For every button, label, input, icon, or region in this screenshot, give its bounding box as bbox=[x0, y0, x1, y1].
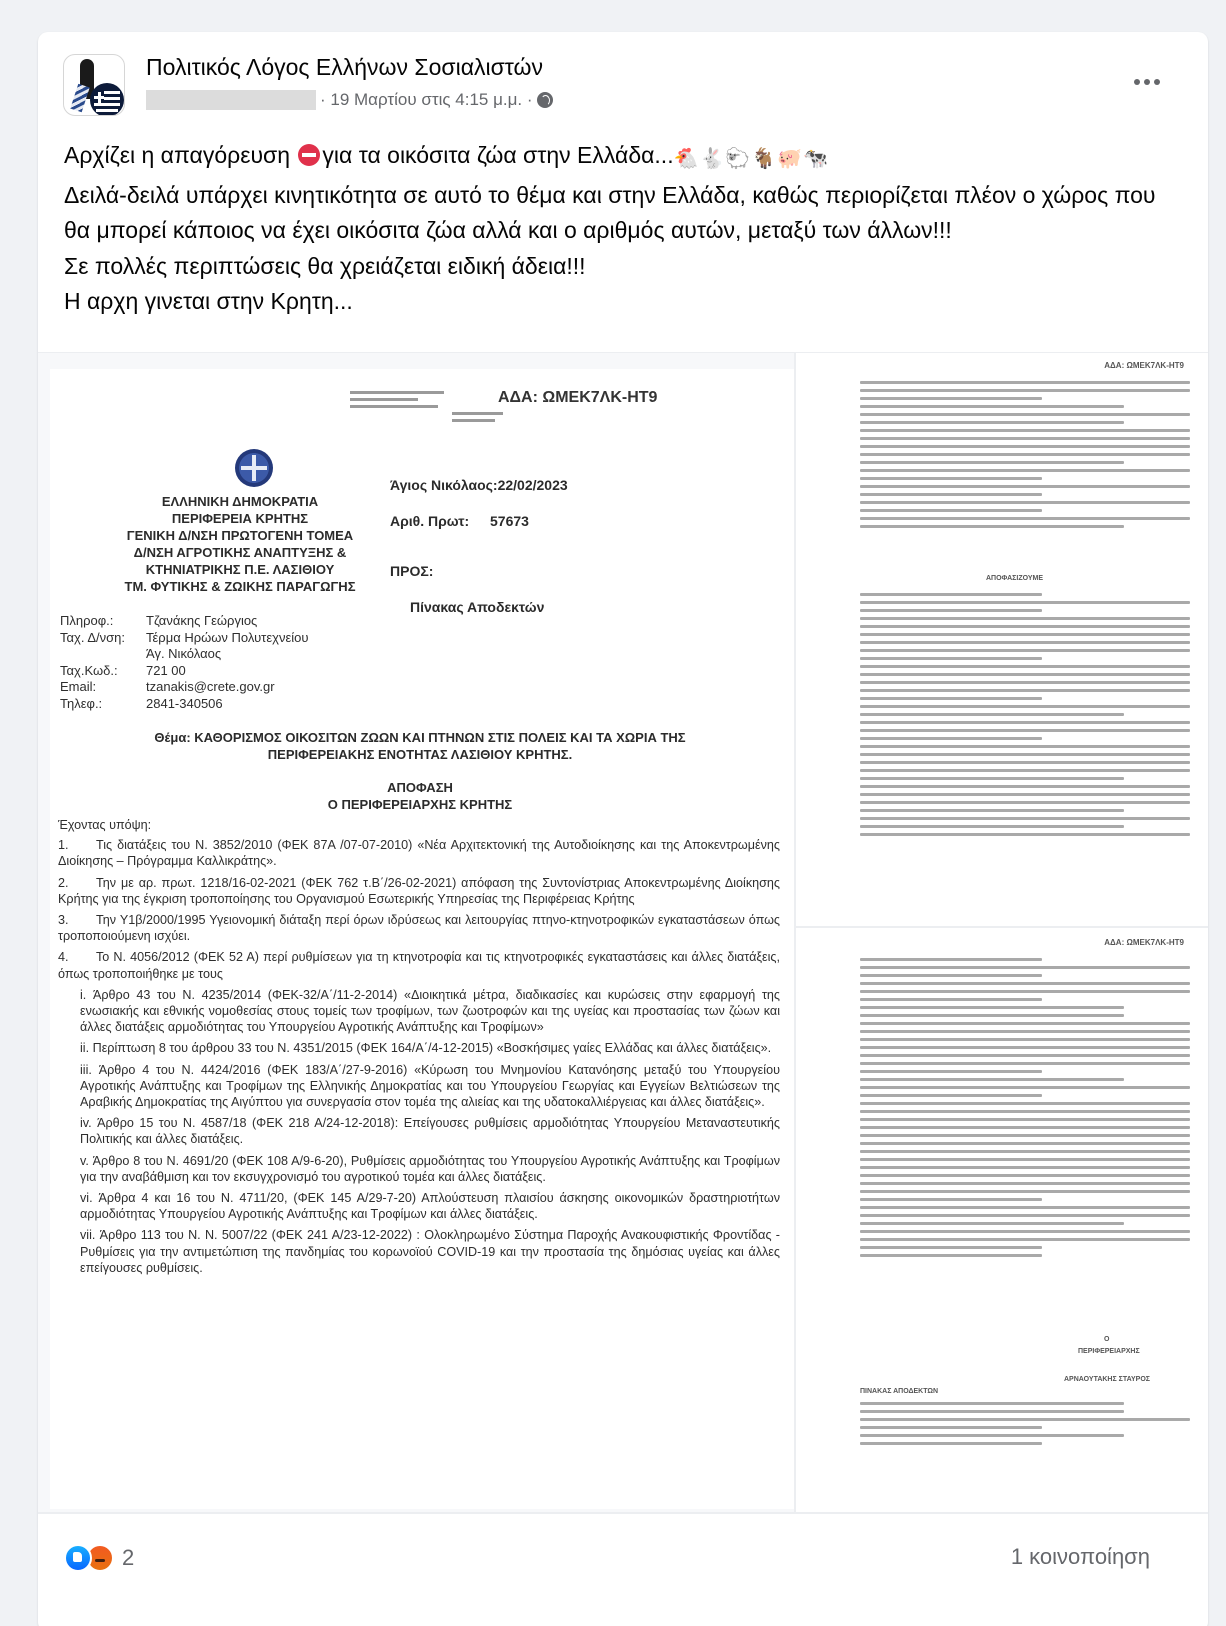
digital-signature-stamp bbox=[350, 391, 520, 451]
recipient: Πίνακας Αποδεκτών bbox=[410, 599, 544, 619]
greek-emblem-icon bbox=[235, 449, 273, 487]
page-name-link[interactable]: Πολιτικός Λόγος Ελλήνων Σοσιαλιστών bbox=[146, 54, 543, 81]
document-page: ΑΔΑ: ΩΜΕΚ7ΛΚ-ΗΤ9 ΕΛΛΗΝΙΚΗ ΔΗΜΟΚΡΑΤΙΑ ΠΕΡ… bbox=[50, 369, 794, 1509]
page-3-text bbox=[860, 958, 1190, 1262]
post-text: Αρχίζει η απαγόρευση για τα οικόσιτα ζώα… bbox=[64, 138, 1174, 320]
more-options-button[interactable] bbox=[1134, 72, 1160, 92]
globe-icon bbox=[537, 92, 553, 108]
post-images: ΑΔΑ: ΩΜΕΚ7ΛΚ-ΗΤ9 ΕΛΛΗΝΙΚΗ ΔΗΜΟΚΡΑΤΙΑ ΠΕΡ… bbox=[38, 352, 1208, 1512]
no-entry-icon bbox=[298, 144, 320, 166]
reactions-count: 2 bbox=[122, 1545, 134, 1571]
document-image-page-1[interactable]: ΑΔΑ: ΩΜΕΚ7ΛΚ-ΗΤ9 ΕΛΛΗΝΙΚΗ ΔΗΜΟΚΡΑΤΙΑ ΠΕΡ… bbox=[38, 352, 794, 1513]
document-image-page-3[interactable]: ΑΔΑ: ΩΜΕΚ7ΛΚ-ΗΤ9 Ο ΠΕΡΙΦΕΡΕΙΑΡΧΗΣ ΑΡΝΑΟΥ… bbox=[796, 926, 1208, 1514]
signer-name: ΑΡΝΑΟΥΤΑΚΗΣ ΣΤΑΥΡΟΣ bbox=[1064, 1376, 1150, 1383]
animal-emojis-icon: 🐔🐇🐑🐐🐖🐄 bbox=[674, 142, 829, 178]
post-line1-start: Αρχίζει η απαγόρευση bbox=[64, 142, 296, 168]
signer-role: ΠΕΡΙΦΕΡΕΙΑΡΧΗΣ bbox=[1078, 1348, 1140, 1355]
more-horizontal-icon bbox=[1134, 79, 1140, 85]
page-avatar[interactable] bbox=[63, 54, 125, 116]
post-meta: · 19 Μαρτίου στις 4:15 μ.μ. · bbox=[146, 90, 553, 110]
shares-count-link[interactable]: 1 κοινοποίηση bbox=[1011, 1544, 1150, 1570]
document-issuer: ΕΛΛΗΝΙΚΗ ΔΗΜΟΚΡΑΤΙΑ ΠΕΡΙΦΕΡΕΙΑ ΚΡΗΤΗΣ ΓΕ… bbox=[90, 493, 390, 595]
reactions-summary[interactable]: 2 bbox=[64, 1544, 134, 1572]
document-body: Έχοντας υπόψη: 1.Τις διατάξεις του Ν. 38… bbox=[58, 817, 780, 1281]
document-image-page-2[interactable]: ΑΔΑ: ΩΜΕΚ7ΛΚ-ΗΤ9 ΑΠΟΦΑΣΙΖΟΥΜΕ bbox=[796, 352, 1208, 923]
page-2-text bbox=[860, 381, 1190, 533]
post-card: Πολιτικός Λόγος Ελλήνων Σοσιαλιστών · 19… bbox=[38, 32, 1208, 1626]
redacted-author bbox=[146, 90, 316, 110]
place-date: Άγιος Νικόλαος:22/02/2023 bbox=[390, 477, 568, 513]
post-line1-end: για τα οικόσιτα ζώα στην Ελλάδα... bbox=[322, 142, 673, 168]
contact-info: Πληροφ.:Τζανάκης Γεώργιος Ταχ. Δ/νση:Τέρ… bbox=[60, 613, 308, 712]
recipients-title: ΠΙΝΑΚΑΣ ΑΠΟΔΕΚΤΩΝ bbox=[860, 1388, 938, 1395]
post-paragraph-2: Δειλά-δειλά υπάρχει κινητικότητα σε αυτό… bbox=[64, 178, 1174, 249]
greek-flag-icon bbox=[90, 83, 124, 116]
like-reaction-icon bbox=[64, 1544, 92, 1572]
page-2-heading: ΑΠΟΦΑΣΙΖΟΥΜΕ bbox=[986, 575, 1043, 582]
document-ada: ΑΔΑ: ΩΜΕΚ7ΛΚ-ΗΤ9 bbox=[498, 389, 657, 407]
document-reference: Άγιος Νικόλαος:22/02/2023 Αριθ. Πρωτ:576… bbox=[390, 477, 568, 619]
post-line-3: Σε πολλές περιπτώσεις θα χρειάζεται ειδι… bbox=[64, 249, 1174, 285]
post-timestamp[interactable]: · 19 Μαρτίου στις 4:15 μ.μ. · bbox=[320, 90, 533, 110]
post-line-4: Η αρχη γινεται στην Κρητη... bbox=[64, 284, 1174, 320]
footer-divider bbox=[38, 1512, 1208, 1514]
decision-heading: ΑΠΟΦΑΣΗ Ο ΠΕΡΙΦΕΡΕΙΑΡΧΗΣ ΚΡΗΤΗΣ bbox=[60, 779, 780, 813]
protocol-number: 57673 bbox=[490, 513, 529, 549]
document-subject: Θέμα: ΚΑΘΟΡΙΣΜΟΣ ΟΙΚΟΣΙΤΩΝ ΖΩΩΝ ΚΑΙ ΠΤΗΝ… bbox=[60, 729, 780, 763]
